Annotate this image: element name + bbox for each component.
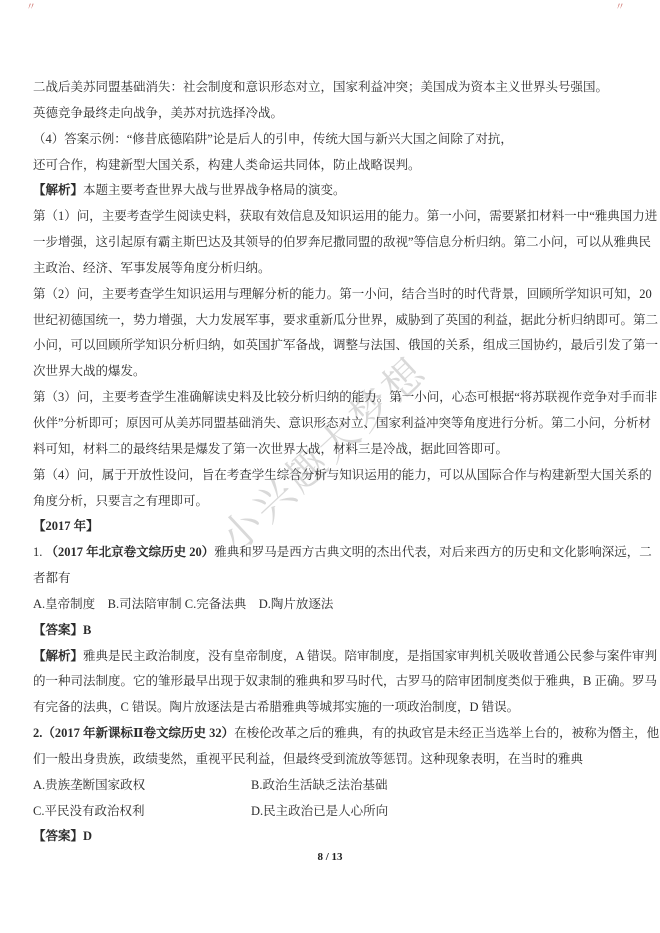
text-line: 小问，可以回顾所学知识分析归纳，如英国扩军备战，调整与法国、俄国的关系，组成三国… (33, 333, 629, 359)
text-line: 第（3）问，主要考查学生准确解读史料及比较分析归纳的能力。第一小问，心态可根据“… (33, 385, 629, 411)
text-line: 【2017 年】 (33, 514, 629, 540)
text-line: 【解析】雅典是民主政治制度，没有皇帝制度，A 错误。陪审制度，是指国家审判机关吸… (33, 644, 629, 670)
text-line: 第（2）问，主要考查学生知识运用与理解分析的能力。第一小问，结合当时的时代背景，… (33, 282, 629, 308)
text-segment: 1. (33, 545, 46, 559)
text-line: 【答案】B (33, 618, 629, 644)
text-segment: 料可知，材料二的最终结果是爆发了第一次世界大战，材料三是冷战，据此回答即可。 (33, 442, 508, 456)
text-line: 世纪初德国统一，势力增强，大力发展军事，要求重新瓜分世界，威胁到了英国的利益，据… (33, 308, 629, 334)
text-line: A.贵族垄断国家政权B.政治生活缺乏法治基础 (33, 773, 629, 799)
text-segment: 本题主要考查世界大战与世界战争格局的演变。 (83, 183, 346, 197)
red-corner-mark-left: 〃 (26, 3, 36, 13)
text-segment: 2.（2017 年新课标Ⅱ卷文综历史 32） (33, 726, 234, 740)
text-segment: （4）答案示例：“修昔底德陷阱”论是后人的引申，传统大国与新兴大国之间除了对抗， (33, 132, 513, 146)
text-line: 者都有 (33, 566, 629, 592)
text-segment: 英德竞争最终走向战争，美苏对抗选择冷战。 (33, 106, 283, 120)
text-line: （4）答案示例：“修昔底德陷阱”论是后人的引申，传统大国与新兴大国之间除了对抗， (33, 127, 629, 153)
text-segment: 们一般出身贵族，政绩斐然，重视平民利益，但最终受到流放等惩罚。这种现象表明，在当… (33, 752, 583, 766)
text-line: 第（1）问，主要考查学生阅读史料，获取有效信息及知识运用的能力。第一小问，需要紧… (33, 204, 629, 230)
text-segment: 还可合作，构建新型大国关系，构建人类命运共同体，防止战略误判。 (33, 158, 421, 172)
page-number: 8 / 13 (0, 851, 660, 863)
text-line: 的一种司法制度。它的雏形最早出现于奴隶制的雅典和罗马时代，古罗马的陪审团制度类似… (33, 669, 629, 695)
text-segment: 第（4）问，属于开放性设问，旨在考查学生综合分析与知识运用的能力，可以从国际合作… (33, 468, 652, 482)
text-segment: 有完备的法典，C 错误。陶片放逐法是古希腊雅典等城邦实施的一项政治制度，D 错误… (33, 700, 519, 714)
text-line: 次世界大战的爆发。 (33, 359, 629, 385)
text-segment: （2017 年北京卷文综历史 20） (46, 545, 215, 559)
document-page: 小兴趣大梦想 〃 〃 二战后美苏同盟基础消失：社会制度和意识形态对立，国家利益冲… (0, 0, 660, 933)
text-line: 第（4）问，属于开放性设问，旨在考查学生综合分析与知识运用的能力，可以从国际合作… (33, 463, 629, 489)
text-line: 【解析】本题主要考查世界大战与世界战争格局的演变。 (33, 178, 629, 204)
text-line: 还可合作，构建新型大国关系，构建人类命运共同体，防止战略误判。 (33, 153, 629, 179)
text-segment: 二战后美苏同盟基础消失：社会制度和意识形态对立，国家利益冲突；美国成为资本主义世… (33, 80, 608, 94)
text-segment: 者都有 (33, 571, 71, 585)
text-line: 1. （2017 年北京卷文综历史 20）雅典和罗马是西方古典文明的杰出代表，对… (33, 540, 629, 566)
text-segment: C.平民没有政治权利 (33, 804, 144, 818)
text-line: 一步增强，这引起原有霸主斯巴达及其领导的伯罗奔尼撒同盟的敌视”等信息分析归纳。第… (33, 230, 629, 256)
text-segment: 雅典和罗马是西方古典文明的杰出代表，对后来西方的历史和文化影响深远，二 (214, 545, 652, 559)
text-segment: 角度分析，只要言之有理即可。 (33, 494, 208, 508)
text-segment: 第（1）问，主要考查学生阅读史料，获取有效信息及知识运用的能力。第一小问，需要紧… (33, 209, 657, 223)
text-line: 【答案】D (33, 824, 629, 850)
text-line: 角度分析，只要言之有理即可。 (33, 489, 629, 515)
text-segment: 雅典是民主政治制度，没有皇帝制度，A 错误。陪审制度，是指国家审判机关吸收普通公… (83, 649, 657, 663)
text-segment: 第（3）问，主要考查学生准确解读史料及比较分析归纳的能力。第一小问，心态可根据“… (33, 390, 657, 404)
text-segment: 【答案】D (33, 829, 92, 843)
text-segment: 【2017 年】 (33, 519, 99, 533)
text-line: 伙伴”分析即可；原因可从美苏同盟基础消失、意识形态对立、国家利益冲突等角度进行分… (33, 411, 629, 437)
text-segment: 主政治、经济、军事发展等角度分析归纳。 (33, 261, 271, 275)
text-line: 料可知，材料二的最终结果是爆发了第一次世界大战，材料三是冷战，据此回答即可。 (33, 437, 629, 463)
text-segment: 次世界大战的爆发。 (33, 364, 146, 378)
text-segment: 伙伴”分析即可；原因可从美苏同盟基础消失、意识形态对立、国家利益冲突等角度进行分… (33, 416, 651, 430)
text-segment: A.皇帝制度 B.司法陪审制 C.完备法典 D.陶片放逐法 (33, 597, 333, 611)
text-segment: 【答案】B (33, 623, 91, 637)
text-line: 有完备的法典，C 错误。陶片放逐法是古希腊雅典等城邦实施的一项政治制度，D 错误… (33, 695, 629, 721)
red-corner-mark-right: 〃 (615, 3, 625, 13)
text-line: 英德竞争最终走向战争，美苏对抗选择冷战。 (33, 101, 629, 127)
text-segment: B.政治生活缺乏法治基础 (251, 773, 387, 799)
text-segment: 小问，可以回顾所学知识分析归纳，如英国扩军备战，调整与法国、俄国的关系，组成三国… (33, 338, 658, 352)
text-segment: 【解析】 (33, 649, 83, 663)
text-segment: 第（2）问，主要考查学生知识运用与理解分析的能力。第一小问，结合当时的时代背景，… (33, 287, 652, 301)
text-segment: 【解析】 (33, 183, 83, 197)
text-segment: 的一种司法制度。它的雏形最早出现于奴隶制的雅典和罗马时代，古罗马的陪审团制度类似… (33, 674, 657, 688)
text-segment: D.民主政治已是人心所向 (251, 799, 388, 825)
text-segment: 世纪初德国统一，势力增强，大力发展军事，要求重新瓜分世界，威胁到了英国的利益，据… (33, 313, 658, 327)
text-line: 二战后美苏同盟基础消失：社会制度和意识形态对立，国家利益冲突；美国成为资本主义世… (33, 75, 629, 101)
text-line: C.平民没有政治权利D.民主政治已是人心所向 (33, 799, 629, 825)
text-line: 们一般出身贵族，政绩斐然，重视平民利益，但最终受到流放等惩罚。这种现象表明，在当… (33, 747, 629, 773)
text-line: 2.（2017 年新课标Ⅱ卷文综历史 32）在梭伦改革之后的雅典，有的执政官是未… (33, 721, 629, 747)
document-text-block: 二战后美苏同盟基础消失：社会制度和意识形态对立，国家利益冲突；美国成为资本主义世… (33, 0, 629, 850)
text-line: 主政治、经济、军事发展等角度分析归纳。 (33, 256, 629, 282)
text-segment: 在梭伦改革之后的雅典，有的执政官是未经正当选举上台的，被称为僭主，他 (234, 726, 659, 740)
text-segment: 一步增强，这引起原有霸主斯巴达及其领导的伯罗奔尼撒同盟的敌视”等信息分析归纳。第… (33, 235, 651, 249)
text-segment: A.贵族垄断国家政权 (33, 778, 145, 792)
text-line: A.皇帝制度 B.司法陪审制 C.完备法典 D.陶片放逐法 (33, 592, 629, 618)
